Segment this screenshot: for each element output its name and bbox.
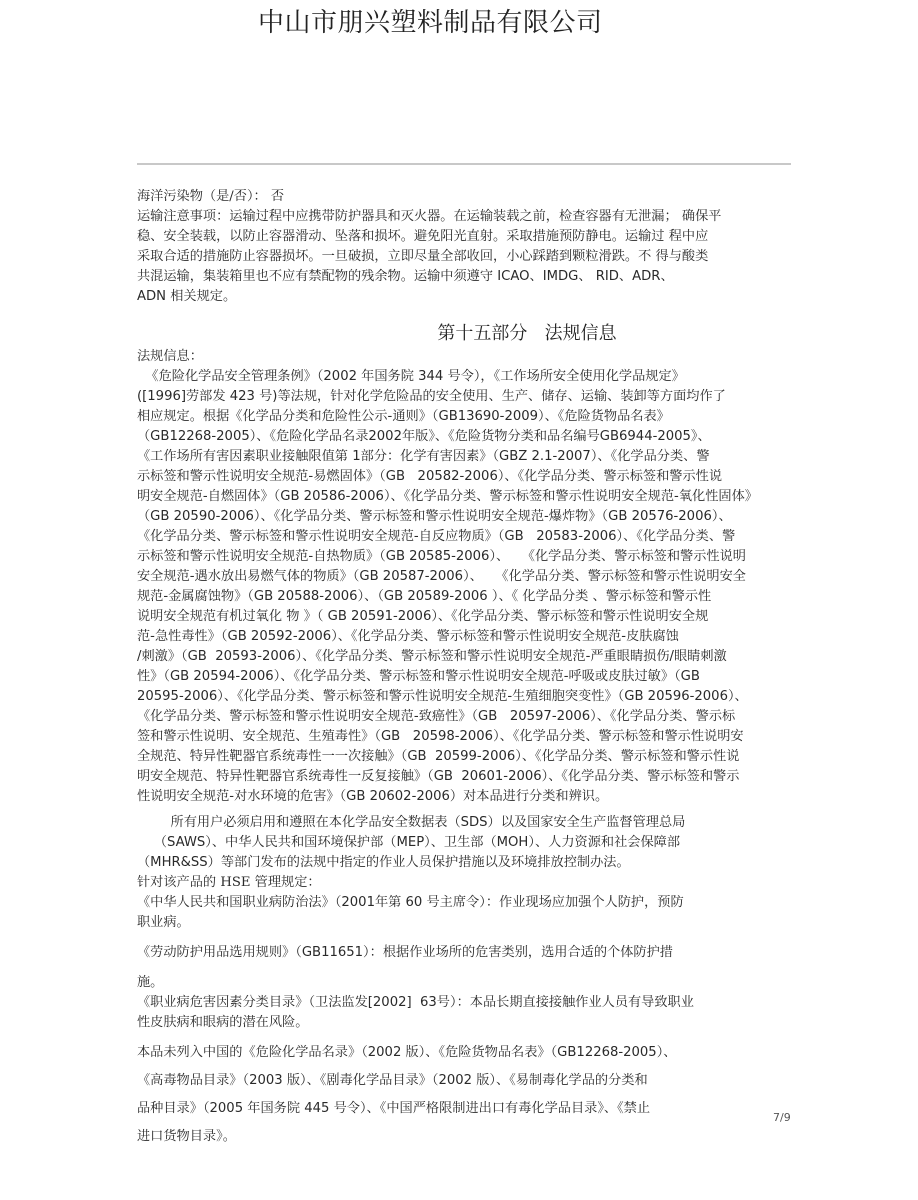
text-line: 性皮肤病和眼病的潜在风险。 xyxy=(137,1013,827,1033)
text-line: 《高毒物品目录》（2003 版）、《剧毒化学品目录》（2002 版）、《易制毒化… xyxy=(137,1067,827,1095)
text-line: 范-急性毒性》（GB 20592-2006）、《化学品分类、警示标签和警示性说明… xyxy=(137,627,827,647)
regulation-paragraph: 《危险化学品安全管理条例》（2002 年国务院 344 号令），《工作场所安全使… xyxy=(137,367,827,807)
hse-item: 《中华人民共和国职业病防治法》（2001年第 60 号主席令）：作业现场应加强个… xyxy=(137,893,827,933)
text-line: 安全规范-遇水放出易燃气体的物质》（GB 20587-2006）、 《化学品分类… xyxy=(137,567,827,587)
text-line: 《工作场所有害因素职业接触限值第 1部分：化学有害因素》（GBZ 2.1-200… xyxy=(137,447,827,467)
text-line: （SAWS）、中华人民共和国环境保护部（MEP）、卫生部（MOH）、人力资源和社… xyxy=(137,833,827,853)
regulation-label: 法规信息： xyxy=(137,347,827,367)
text-line: 进口货物目录》。 xyxy=(137,1123,827,1151)
text-line: 明安全规范、特异性靶器官系统毒性一反复接触》（GB 20601-2006）、《化… xyxy=(137,767,827,787)
text-line: 《化学品分类、警示标签和警示性说明安全规范-致癌性》（GB 20597-2006… xyxy=(137,707,827,727)
text-line: 性说明安全规范-对水环境的危害》（GB 20602-2006）对本品进行分类和辨… xyxy=(137,787,827,807)
text-line: 相应规定。根据《化学品分类和危险性公示-通则》（GB13690-2009）、《危… xyxy=(137,407,827,427)
text-line: 采取合适的措施防止容器损坏。一旦破损，立即尽量全部收回，小心踩踏到颗粒滑跌。不 … xyxy=(137,247,827,267)
text-line: 职业病。 xyxy=(137,913,827,933)
text-line: 全规范、特异性靶器官系统毒性一一次接触》（GB 20599-2006）、《化学品… xyxy=(137,747,827,767)
hse-item: 《职业病危害因素分类目录》（卫法监发[2002] 63号）：本品长期直接接触作业… xyxy=(137,993,827,1033)
text-line: 签和警示性说明、安全规范、生殖毒性》（GB 20598-2006）、《化学品分类… xyxy=(137,727,827,747)
hse-label: 针对该产品的 HSE 管理规定： xyxy=(137,873,827,893)
text-line: 《危险化学品安全管理条例》（2002 年国务院 344 号令），《工作场所安全使… xyxy=(137,367,827,387)
text-line: （MHR&SS）等部门发布的法规中指定的作业人员保护措施以及环境排放控制办法。 xyxy=(137,853,827,873)
text-line: 性》（GB 20594-2006）、《化学品分类、警示标签和警示性说明安全规范-… xyxy=(137,667,827,687)
text-line: /刺激》（GB 20593-2006）、《化学品分类、警示标签和警示性说明安全规… xyxy=(137,647,827,667)
page-number: 7/9 xyxy=(773,1111,791,1124)
marine-pollutant-line: 海洋污染物（是/否）： 否 xyxy=(137,187,827,207)
text-line: 《职业病危害因素分类目录》（卫法监发[2002] 63号）：本品长期直接接触作业… xyxy=(137,993,827,1013)
text-line: 说明安全规范有机过氧化 物 》（ GB 20591-2006）、《化学品分类、警… xyxy=(137,607,827,627)
section-title: 第十五部分 法规信息 xyxy=(137,321,827,347)
text-line: 稳、安全装载，以防止容器滑动、坠落和损坏。避免阳光直射。采取措施预防静电。运输过… xyxy=(137,227,827,247)
text-line: 《中华人民共和国职业病防治法》（2001年第 60 号主席令）：作业现场应加强个… xyxy=(137,893,827,913)
text-line: 20595-2006）、《化学品分类、警示标签和警示性说明安全规范-生殖细胞突变… xyxy=(137,687,827,707)
text-line: 示标签和警示性说明安全规范-易燃固体》（GB 20582-2006）、《化学品分… xyxy=(137,467,827,487)
header-divider xyxy=(137,163,791,165)
users-paragraph: 所有用户必须启用和遵照在本化学品安全数据表（SDS）以及国家安全生产监督管理总局… xyxy=(137,813,827,873)
transport-notes: 运输注意事项：运输过程中应携带防护器具和灭火器。在运输装载之前，检查容器有无泄漏… xyxy=(137,207,827,307)
not-listed-paragraph: 本品未列入中国的《危险化学品名录》（2002 版）、《危险货物品名表》（GB12… xyxy=(137,1039,827,1151)
text-line: ADN 相关规定。 xyxy=(137,287,827,307)
text-line: 所有用户必须启用和遵照在本化学品安全数据表（SDS）以及国家安全生产监督管理总局 xyxy=(137,813,827,833)
text-line: 《化学品分类、警示标签和警示性说明安全规范-自反应物质》（GB 20583-20… xyxy=(137,527,827,547)
text-line: 《劳动防护用品选用规则》（GB11651）：根据作业场所的危害类别，选用合适的个… xyxy=(137,943,827,963)
text-line: 规范-金属腐蚀物》（GB 20588-2006）、（GB 20589-2006 … xyxy=(137,587,827,607)
document-body: 海洋污染物（是/否）： 否 运输注意事项：运输过程中应携带防护器具和灭火器。在运… xyxy=(137,187,827,1151)
hse-item: 《劳动防护用品选用规则》（GB11651）：根据作业场所的危害类别，选用合适的个… xyxy=(137,943,827,993)
text-line: （GB 20590-2006）、《化学品分类、警示标签和警示性说明安全规范-爆炸… xyxy=(137,507,827,527)
text-line: 明安全规范-自燃固体》（GB 20586-2006）、《化学品分类、警示标签和警… xyxy=(137,487,827,507)
text-line: 品种目录》（2005 年国务院 445 号令）、《中国严格限制进出口有毒化学品目… xyxy=(137,1095,827,1123)
company-header: 中山市朋兴塑料制品有限公司 xyxy=(258,2,603,39)
text-line: 施。 xyxy=(137,973,827,993)
text-line: （GB12268-2005）、《危险化学品名录2002年版》、《危险货物分类和品… xyxy=(137,427,827,447)
text-line: 共混运输，集装箱里也不应有禁配物的残余物。运输中须遵守 ICAO、IMDG、 R… xyxy=(137,267,827,287)
text-line: 本品未列入中国的《危险化学品名录》（2002 版）、《危险货物品名表》（GB12… xyxy=(137,1039,827,1067)
text-line: ([1996]劳部发 423 号)等法规，针对化学危险品的安全使用、生产、储存、… xyxy=(137,387,827,407)
text-line: 示标签和警示性说明安全规范-自热物质》（GB 20585-2006）、 《化学品… xyxy=(137,547,827,567)
text-line: 运输注意事项：运输过程中应携带防护器具和灭火器。在运输装载之前，检查容器有无泄漏… xyxy=(137,207,827,227)
